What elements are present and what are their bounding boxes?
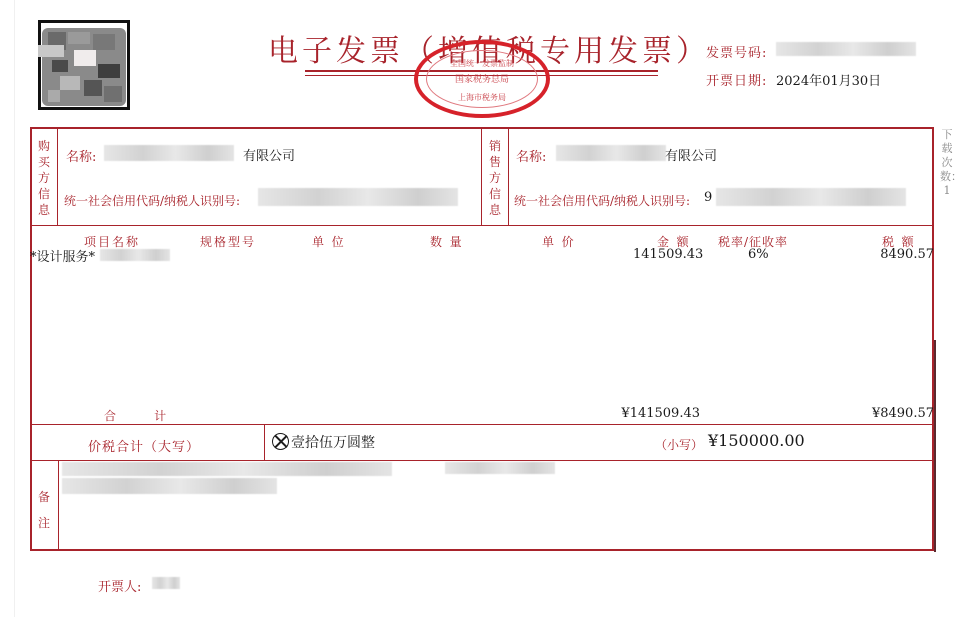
frame-shadow xyxy=(934,340,936,552)
grand-total-upper-value: 壹拾伍万圆整 xyxy=(272,432,375,452)
col-header-unit: 单 位 xyxy=(312,233,344,250)
divider xyxy=(30,225,934,226)
seller-tax-id-redacted xyxy=(716,188,906,206)
item-tax: 8490.57 xyxy=(870,247,934,262)
buyer-name-label: 名称: xyxy=(66,146,96,165)
stamp-bottom-text: 上海市税务局 xyxy=(418,92,546,103)
tax-bureau-stamp: 全国统一发票监制 国家税务总局 上海市税务局 xyxy=(414,40,550,118)
grand-total-upper-amount: 壹拾伍万圆整 xyxy=(291,435,375,451)
remarks-redacted xyxy=(62,462,392,476)
stamp-top-text: 全国统一发票监制 xyxy=(418,58,546,69)
download-count-note: 下载次数：1 xyxy=(940,128,954,198)
grand-total-lower-label: （小写） xyxy=(655,436,703,453)
buyer-tax-id-label: 统一社会信用代码/纳税人识别号: xyxy=(64,192,240,209)
item-name: *设计服务* xyxy=(30,246,95,265)
divider xyxy=(30,424,934,425)
seller-name-suffix: 有限公司 xyxy=(665,145,717,164)
seller-name-label: 名称: xyxy=(516,146,546,165)
item-amount: 141509.43 xyxy=(633,247,699,262)
issuer-redacted xyxy=(152,577,180,589)
remarks-redacted xyxy=(62,478,277,494)
stamp-middle-text: 国家税务总局 xyxy=(418,72,546,85)
divider xyxy=(264,424,265,460)
grand-total-lower-amount: ¥150000.00 xyxy=(708,431,805,450)
issuer-label: 开票人: xyxy=(98,576,141,595)
col-header-quantity: 数 量 xyxy=(430,233,462,250)
buyer-section-label: 购买方信息 xyxy=(37,138,51,218)
divider xyxy=(508,128,509,225)
buyer-name-redacted xyxy=(104,145,234,161)
seller-tax-id-label: 统一社会信用代码/纳税人识别号: xyxy=(514,192,690,209)
page-edge xyxy=(14,0,15,617)
total-tax: ¥8490.57 xyxy=(860,406,934,421)
buyer-tax-id-redacted xyxy=(258,188,458,206)
qr-code xyxy=(38,20,130,110)
col-header-unit-price: 单 价 xyxy=(542,233,574,250)
buyer-name-suffix: 有限公司 xyxy=(243,145,295,164)
divider xyxy=(30,460,934,461)
remarks-redacted xyxy=(445,462,555,474)
issue-date-label: 开票日期: xyxy=(706,70,767,89)
total-label: 合 计 xyxy=(104,407,166,424)
grand-total-upper-label: 价税合计（大写） xyxy=(88,436,200,455)
invoice-number-label: 发票号码: xyxy=(706,42,767,61)
divider xyxy=(58,460,59,550)
total-amount: ¥141509.43 xyxy=(620,406,700,421)
item-name-redacted xyxy=(100,249,170,261)
col-header-spec: 规格型号 xyxy=(200,233,256,250)
item-tax-rate: 6% xyxy=(748,247,769,262)
invoice-number-redacted xyxy=(776,42,916,56)
remarks-label: 备注 xyxy=(37,484,51,536)
divider xyxy=(57,128,58,225)
seller-name-redacted xyxy=(556,145,666,161)
cross-circle-icon xyxy=(272,433,289,450)
divider xyxy=(481,128,482,225)
seller-tax-id-prefix: 9 xyxy=(704,190,712,205)
seller-section-label: 销售方信息 xyxy=(488,138,502,218)
issue-date-value: 2024年01月30日 xyxy=(776,70,881,89)
